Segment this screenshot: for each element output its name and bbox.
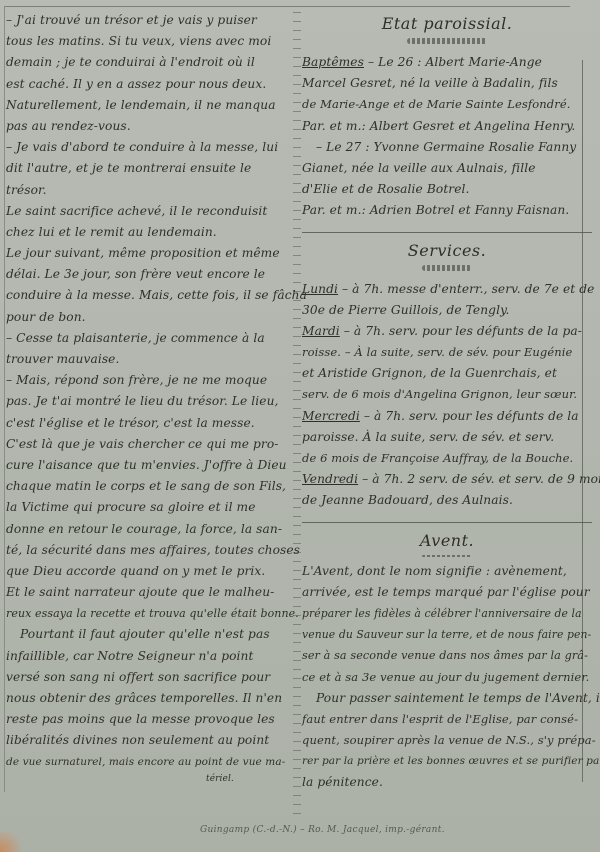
text-line: de Marie-Ange et de Marie Sainte Lesfond…	[302, 94, 592, 115]
text-line: faut entrer dans l'esprit de l'Eglise, p…	[302, 709, 592, 730]
text-line: Pour passer saintement le temps de l'Ave…	[302, 688, 592, 709]
service-lundi: Lundi – à 7h. messe d'enterr., serv. de …	[302, 279, 592, 300]
text-line: dit l'autre, et je te montrerai ensuite …	[6, 158, 293, 179]
section-divider	[302, 522, 592, 523]
service-vendredi: Vendredi – à 7h. 2 serv. de sév. et serv…	[302, 469, 592, 490]
text-line: Le jour suivant, même proposition et mêm…	[6, 243, 293, 264]
text-line: pour de bon.	[6, 307, 293, 328]
text-line: nous obtenir des grâces temporelles. Il …	[6, 688, 293, 709]
text-line: Pourtant il faut ajouter qu'elle n'est p…	[6, 624, 293, 645]
text-line: – Mais, répond son frère, je ne me moque	[6, 370, 293, 391]
baptism-line: Baptêmes – Le 26 : Albert Marie-Ange	[302, 52, 592, 73]
text-line: Le saint sacrifice achevé, il le recondu…	[6, 201, 293, 222]
left-column-story: – J'ai trouvé un trésor et je vais y pui…	[6, 10, 293, 785]
section-divider	[302, 232, 592, 233]
text-line: Et le saint narrateur ajoute que le malh…	[6, 582, 293, 603]
services-flourish	[422, 265, 472, 271]
text-line: 30e de Pierre Guillois, de Tengly.	[302, 300, 592, 321]
service-mardi: Mardi – à 7h. serv. pour les défunts de …	[302, 321, 592, 342]
text-line: reste pas moins que la messe provoque le…	[6, 709, 293, 730]
text-line: ce et à sa 3e venue au jour du jugement …	[302, 667, 592, 688]
top-rule	[4, 6, 570, 7]
continuation-word: tériel.	[6, 773, 293, 785]
text-line: la pénitence.	[302, 772, 592, 793]
text-line: – à 7h. serv. pour les défunts de la	[364, 409, 579, 423]
text-line: Gianet, née la veille aux Aulnais, fille	[302, 158, 592, 179]
day-label: Vendredi	[302, 472, 358, 486]
text-line: chez lui et le remit au lendemain.	[6, 222, 293, 243]
text-line: venue du Sauveur sur la terre, et de nou…	[302, 624, 592, 645]
avent-title: Avent.	[302, 529, 592, 553]
text-line: de 6 mois de Françoise Auffray, de la Bo…	[302, 448, 592, 469]
left-margin-rule	[4, 6, 5, 792]
text-line: est caché. Il y en a assez pour nous deu…	[6, 74, 293, 95]
page-title: Etat paroissial.	[302, 12, 592, 36]
text-line: libéralités divines non seulement au poi…	[6, 730, 293, 751]
text-line: Marcel Gesret, né la veille à Badalin, f…	[302, 73, 592, 94]
text-line: – à 7h. serv. pour les défunts de la pa-	[344, 324, 582, 338]
text-line: la Victime qui procure sa gloire et il m…	[6, 497, 293, 518]
text-line: quent, soupirer après la venue de N.S., …	[302, 730, 592, 751]
text-line: de Jeanne Badouard, des Aulnais.	[302, 490, 592, 511]
day-label: Mardi	[302, 324, 340, 338]
text-line: conduire à la messe. Mais, cette fois, i…	[6, 285, 293, 306]
text-line: ser à sa seconde venue dans nos âmes par…	[302, 645, 592, 666]
text-line: et Aristide Grignon, de la Guenrchais, e…	[302, 363, 592, 384]
title-flourish	[407, 38, 487, 44]
avent-flourish	[422, 555, 472, 557]
text-line: tous les matins. Si tu veux, viens avec …	[6, 31, 293, 52]
text-line: roisse. – À la suite, serv. de sév. pour…	[302, 342, 592, 363]
text-line: reux essaya la recette et trouva qu'elle…	[6, 603, 293, 624]
text-line: donne en retour le courage, la force, la…	[6, 519, 293, 540]
text-line: – Cesse ta plaisanterie, je commence à l…	[6, 328, 293, 349]
text-line: c'est l'église et le trésor, c'est la me…	[6, 413, 293, 434]
text-line: Naturellement, le lendemain, il ne manqu…	[6, 95, 293, 116]
text-line: que Dieu accorde quand on y met le prix.	[6, 561, 293, 582]
text-line: – à 7h. 2 serv. de sév. et serv. de 9 mo…	[362, 472, 600, 486]
printer-imprint: Guingamp (C.-d.-N.) – Ro. M. Jacquel, im…	[200, 825, 445, 835]
text-line: Par. et m.: Albert Gesret et Angelina He…	[302, 116, 592, 137]
text-line: paroisse. À la suite, serv. de sév. et s…	[302, 427, 592, 448]
text-line: L'Avent, dont le nom signifie : avènemen…	[302, 561, 592, 582]
text-line: cure l'aisance que tu m'envies. J'offre …	[6, 455, 293, 476]
text-line: arrivée, est le temps marqué par l'églis…	[302, 582, 592, 603]
text-line: – à 7h. messe d'enterr., serv. de 7e et …	[342, 282, 595, 296]
text-line: préparer les fidèles à célébrer l'annive…	[302, 603, 592, 624]
day-label: Mercredi	[302, 409, 360, 423]
service-mercredi: Mercredi – à 7h. serv. pour les défunts …	[302, 406, 592, 427]
text-line: infaillible, car Notre Seigneur n'a poin…	[6, 646, 293, 667]
text-line: pas. Je t'ai montré le lieu du trésor. L…	[6, 391, 293, 412]
text-line: versé son sang ni offert son sacrifice p…	[6, 667, 293, 688]
text-line: rer par la prière et les bonnes œuvres e…	[302, 751, 592, 772]
text-line: trouver mauvaise.	[6, 349, 293, 370]
text-line: Par. et m.: Adrien Botrel et Fanny Faisn…	[302, 200, 592, 221]
text-line: serv. de 6 mois d'Angelina Grignon, leur…	[302, 384, 592, 405]
text-line: délai. Le 3e jour, son frère veut encore…	[6, 264, 293, 285]
text-line: trésor.	[6, 180, 293, 201]
text-line: – Le 27 : Yvonne Germaine Rosalie Fanny	[302, 137, 592, 158]
text-line: chaque matin le corps et le sang de son …	[6, 476, 293, 497]
text-line: – Je vais d'abord te conduire à la messe…	[6, 137, 293, 158]
text-line: de vue surnaturel, mais encore au point …	[6, 752, 293, 773]
column-divider	[293, 8, 301, 818]
text-line: pas au rendez-vous.	[6, 116, 293, 137]
text-line: C'est là que je vais chercher ce qui me …	[6, 434, 293, 455]
text-line: – J'ai trouvé un trésor et je vais y pui…	[6, 10, 293, 31]
baptemes-heading: Baptêmes	[302, 55, 364, 69]
text-line: d'Elie et de Rosalie Botrel.	[302, 179, 592, 200]
text-line: demain ; je te conduirai à l'endroit où …	[6, 52, 293, 73]
text-line: – Le 26 : Albert Marie-Ange	[368, 55, 542, 69]
right-column-parish: Etat paroissial. Baptêmes – Le 26 : Albe…	[302, 10, 592, 794]
services-title: Services.	[302, 239, 592, 263]
text-line: té, la sécurité dans mes affaires, toute…	[6, 540, 293, 561]
day-label: Lundi	[302, 282, 338, 296]
bulletin-page: – J'ai trouvé un trésor et je vais y pui…	[0, 0, 600, 852]
